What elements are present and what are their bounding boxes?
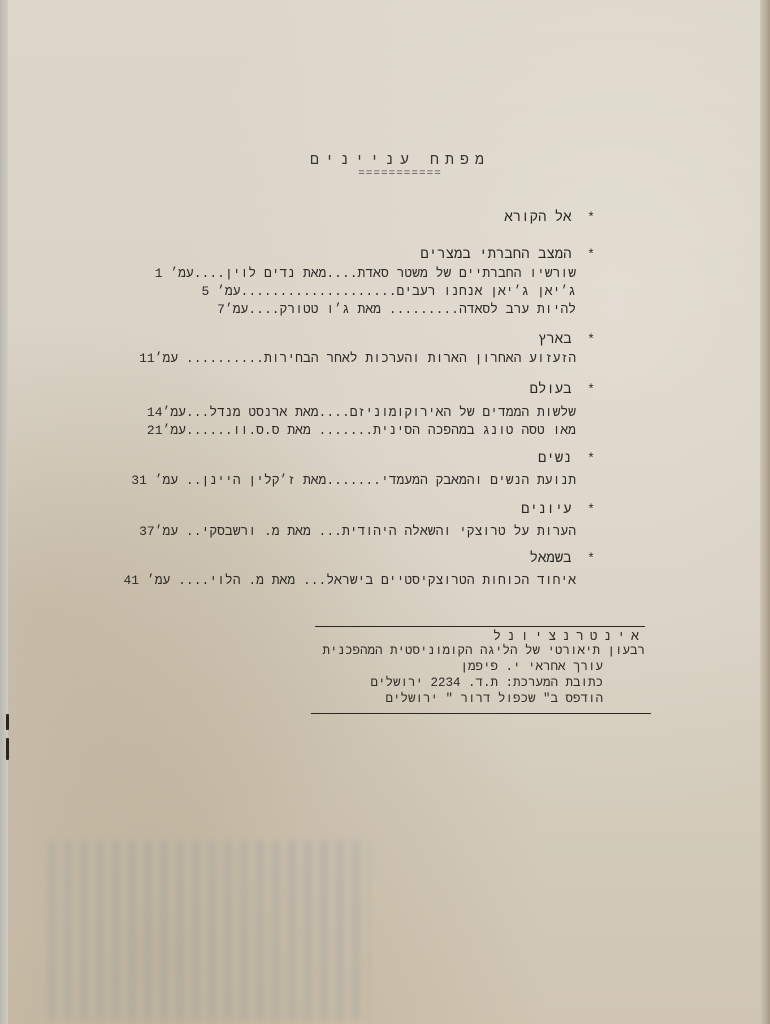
section-title: עיונים — [521, 502, 571, 518]
page-label: עמ׳ — [225, 302, 248, 317]
toc-section: * עיונים הערות על טרוצקי והשאלה היהודית.… — [82, 500, 602, 541]
entry-title: הזעזוע האחרון הארות והערכות לאחר הבחירות… — [178, 351, 576, 366]
editor-line: עורך אחראי י. פיפמן — [305, 659, 645, 675]
toc-entry: מאו טסה טונג במהפכה הסינית....... מאת ס.… — [82, 422, 602, 440]
entry-title: מאו טסה טונג במהפכה הסינית....... מאת ס.… — [186, 423, 576, 438]
page-number: 7 — [217, 302, 225, 317]
colophon: אינטרנציונל רבעון תיאורטי של הליגה הקומו… — [305, 626, 645, 714]
page-number: 21 — [147, 423, 163, 438]
page-label: עמ׳ — [155, 524, 178, 539]
page-label: עמ׳ — [155, 351, 178, 366]
toc-entry: תנועת הנשים והמאבק המעמדי.......מאת ז׳קל… — [82, 472, 602, 490]
section-heading: * המצב החברתי במצרים — [82, 245, 602, 265]
toc-entry: שורשיו החברתיים של משטר סאדת....מאת נדים… — [82, 265, 602, 283]
section-title: בשמאל — [530, 551, 572, 567]
entry-title: שורשיו החברתיים של משטר סאדת....מאת נדים… — [194, 266, 576, 281]
title-underline: =========== — [318, 170, 482, 179]
bullet-star-icon: * — [580, 208, 602, 228]
entry-title: איחוד הכוחות הטרוצקיסטיים בישראל... מאת … — [170, 573, 576, 588]
table-of-contents: מפתח עניינים =========== * אל הקורא * המ… — [0, 0, 770, 1024]
bullet-star-icon: * — [580, 330, 602, 350]
page-number: 14 — [147, 405, 163, 420]
scanned-page: מפתח עניינים =========== * אל הקורא * המ… — [0, 0, 770, 1024]
page-number: 1 — [155, 266, 163, 281]
section-title: נשים — [538, 451, 572, 467]
bullet-star-icon: * — [580, 380, 602, 400]
entry-title: להיות ערב לסאדה......... מאת ג׳ו טטורק..… — [248, 302, 576, 317]
section-heading: * בשמאל — [82, 549, 602, 569]
colophon-bottom-rule — [311, 713, 651, 714]
journal-name: אינטרנציונל — [305, 631, 645, 643]
section-heading: * עיונים — [82, 500, 602, 520]
toc-section: * המצב החברתי במצרים שורשיו החברתיים של … — [82, 245, 602, 319]
page-label: עמ׳ — [163, 405, 186, 420]
section-title: המצב החברתי במצרים — [420, 247, 571, 263]
toc-entry: הזעזוע האחרון הארות והערכות לאחר הבחירות… — [82, 350, 602, 368]
entry-title: תנועת הנשים והמאבק המעמדי.......מאת ז׳קל… — [178, 473, 576, 488]
toc-entry: שלשות הממדים של האירוקומוניזם....מאת ארנ… — [82, 404, 602, 422]
toc-section: * נשים תנועת הנשים והמאבק המעמדי.......מ… — [82, 449, 602, 490]
page-title: מפתח עניינים — [300, 152, 500, 169]
page-number: 11 — [139, 351, 155, 366]
page-number: 41 — [124, 573, 140, 588]
page-number: 31 — [131, 473, 147, 488]
section-heading: * בארץ — [82, 330, 602, 350]
toc-entry: איחוד הכוחות הטרוצקיסטיים בישראל... מאת … — [82, 572, 602, 590]
toc-entry: הערות על טרוצקי והשאלה היהודית... מאת מ.… — [82, 523, 602, 541]
journal-subtitle: רבעון תיאורטי של הליגה הקומוניסטית המהפכ… — [305, 643, 645, 659]
page-label: עמ׳ — [163, 423, 186, 438]
section-heading: * נשים — [82, 449, 602, 469]
bullet-star-icon: * — [580, 245, 602, 265]
section-title: בארץ — [538, 332, 572, 348]
toc-entry: ג׳יאן ג׳יאן אנחנו רעבים.................… — [82, 283, 602, 301]
bullet-star-icon: * — [580, 500, 602, 520]
bullet-star-icon: * — [580, 449, 602, 469]
bullet-star-icon: * — [580, 549, 602, 569]
toc-section: * בעולם שלשות הממדים של האירוקומוניזם...… — [82, 380, 602, 440]
address-line: כתובת המערכת: ת.ד. 2234 ירושלים — [305, 675, 645, 691]
entry-title: הערות על טרוצקי והשאלה היהודית... מאת מ.… — [178, 524, 576, 539]
section-title: אל הקורא — [504, 210, 571, 226]
page-label: עמ׳ — [217, 284, 240, 299]
entry-title: שלשות הממדים של האירוקומוניזם....מאת ארנ… — [186, 405, 576, 420]
page-number: 5 — [202, 284, 210, 299]
printer-line: הודפס ב" שכפול דרור " ירושלים — [305, 691, 645, 707]
toc-section: * בארץ הזעזוע האחרון הארות והערכות לאחר … — [82, 330, 602, 368]
page-label: עמ׳ — [155, 473, 178, 488]
page-number: 37 — [139, 524, 155, 539]
section-title: בעולם — [530, 382, 572, 398]
entry-title: ג׳יאן ג׳יאן אנחנו רעבים.................… — [241, 284, 576, 299]
section-heading: * בעולם — [82, 380, 602, 400]
toc-section: * אל הקורא — [82, 208, 602, 228]
page-label: עמ׳ — [170, 266, 193, 281]
toc-entry: להיות ערב לסאדה......... מאת ג׳ו טטורק..… — [82, 301, 602, 319]
section-heading: * אל הקורא — [82, 208, 602, 228]
page-label: עמ׳ — [147, 573, 170, 588]
colophon-top-rule — [315, 626, 645, 627]
toc-section: * בשמאל איחוד הכוחות הטרוצקיסטיים בישראל… — [82, 549, 602, 590]
